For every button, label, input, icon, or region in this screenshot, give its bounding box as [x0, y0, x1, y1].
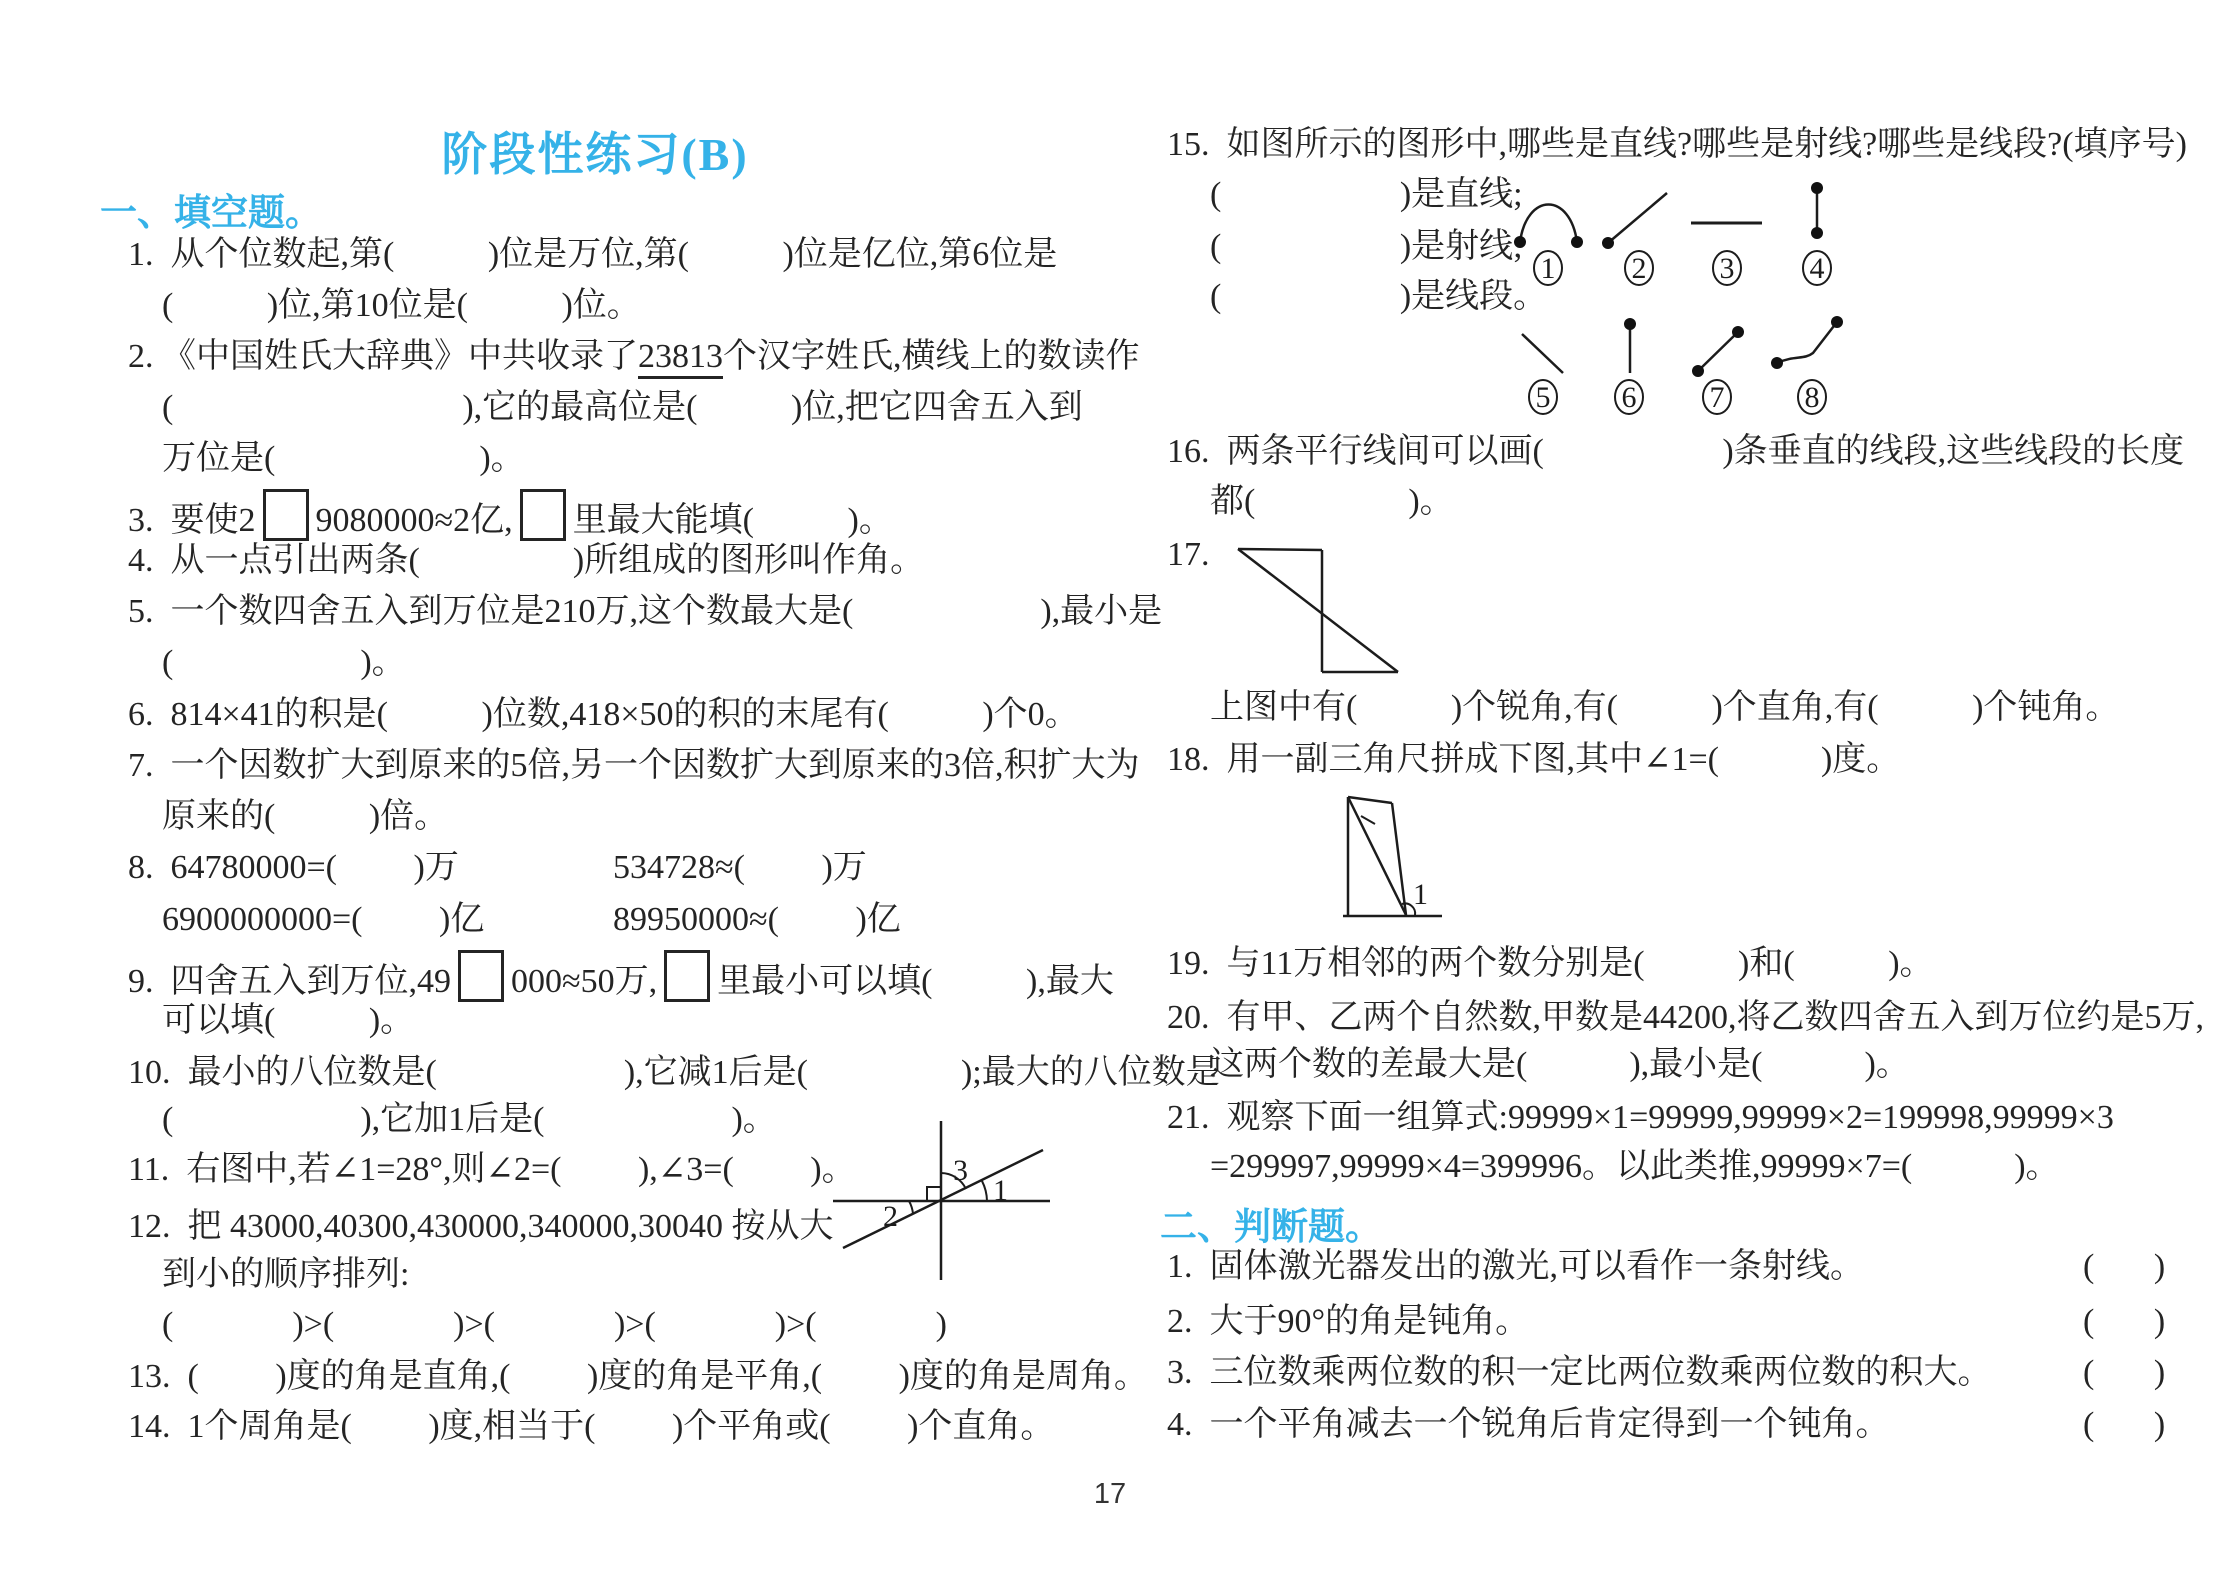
fill-q15-line1: 15. 如图所示的图形中,哪些是直线?哪些是射线?哪些是线段?(填序号): [1167, 123, 2187, 167]
judge-q3-text: 3. 三位数乘两位数的积一定比两位数乘两位数的积大。: [1167, 1351, 1992, 1395]
angle-1-label: 1: [1413, 878, 1428, 911]
figure-q15-row1: 1 2 3 4: [1505, 180, 1935, 295]
q2-text-post: 个汉字姓氏,横线上的数读作: [723, 338, 1140, 375]
fill-q14-line1: 14. 1个周角是( )度,相当于( )个平角或( )个直角。: [128, 1405, 1054, 1449]
fill-q12-line1: 12. 把 43000,40300,430000,340000,30040 按从…: [128, 1205, 834, 1249]
judge-q4-text: 4. 一个平角减去一个锐角后肯定得到一个钝角。: [1167, 1403, 1890, 1447]
fill-q2-line2: ( ),它的最高位是( )位,把它四舍五入到: [162, 386, 1083, 430]
angle-1-arc: [982, 1181, 987, 1201]
overlap-tick: [1361, 816, 1375, 824]
fill-q9-line2: 可以填( )。: [162, 999, 414, 1043]
fill-q19-line1: 19. 与11万相邻的两个数分别是( )和( )。: [1167, 942, 1934, 986]
endpoint-dot: [1811, 227, 1823, 239]
angle-3-label: 3: [953, 1154, 968, 1187]
q9-blank-box-2: [664, 950, 710, 1002]
top-edge: [1348, 797, 1392, 803]
fill-q2-line1: 2. 《中国姓氏大辞典》中共收录了23813个汉字姓氏,横线上的数读作: [128, 335, 1140, 379]
fill-q1-line2: ( )位,第10位是( )位。: [162, 284, 641, 328]
fill-q4-line1: 4. 从一点引出两条( )所组成的图形叫作角。: [128, 539, 924, 583]
judge-q4-answer-paren: ( ): [2083, 1403, 2165, 1447]
endpoint-dot: [1602, 237, 1614, 249]
fill-q15-line2: ( )是直线;: [1210, 173, 1523, 217]
fill-q2-line3: 万位是( )。: [162, 437, 525, 481]
endpoint-dot: [1831, 316, 1843, 328]
fill-q11-line1: 11. 右图中,若∠1=28°,则∠2=( ),∠3=( )。: [128, 1148, 856, 1192]
page-title: 阶段性练习(B): [100, 118, 1090, 184]
diagonal-line: [843, 1150, 1043, 1248]
q9-text-mid: 000≈50万,: [511, 963, 657, 1000]
fill-q16-line2: 都( )。: [1210, 480, 1454, 524]
figure-number-2: 2: [1632, 252, 1647, 285]
ray-shape-2: [1608, 193, 1667, 243]
figure-number-4: 4: [1810, 252, 1825, 285]
fill-q17-caption: 上图中有( )个锐角,有( )个直角,有( )个钝角。: [1210, 686, 2119, 730]
hypotenuse: [1348, 797, 1406, 915]
q2-text-pre: 2. 《中国姓氏大辞典》中共收录了: [128, 338, 638, 375]
fill-q15-line4: ( )是线段。: [1210, 275, 1547, 319]
fill-q7-line1: 7. 一个因数扩大到原来的5倍,另一个因数扩大到原来的3倍,积扩大为: [128, 744, 1140, 788]
fill-q12-line2: 到小的顺序排列:: [162, 1253, 409, 1297]
fill-q8-line1-right: 534728≈( )万: [613, 846, 867, 890]
curve-shape-1: [1520, 205, 1577, 243]
fill-q9-line1: 9. 四舍五入到万位,49000≈50万,里最小可以填( ),最大: [128, 950, 1114, 1004]
fill-q8-line1-left: 8. 64780000=( )万: [128, 846, 459, 890]
judge-q2-answer-paren: ( ): [2083, 1300, 2165, 1344]
figure-number-6: 6: [1622, 381, 1637, 414]
judge-q1-text: 1. 固体激光器发出的激光,可以看作一条射线。: [1167, 1245, 1864, 1289]
fill-q12-line3: ( )>( )>( )>( )>( ): [162, 1303, 947, 1347]
diagonal-edge: [1238, 549, 1398, 672]
endpoint-dot: [1624, 318, 1636, 330]
endpoint-dot: [1571, 236, 1583, 248]
fill-q1-line1: 1. 从个位数起,第( )位是万位,第( )位是亿位,第6位是: [128, 233, 1057, 277]
top-edge: [1238, 549, 1322, 550]
fill-q8-line2-right: 89950000≈( )亿: [613, 898, 901, 942]
judge-q3-answer-paren: ( ): [2083, 1351, 2165, 1395]
page-number: 17: [1060, 1478, 1160, 1511]
section-1-heading: 一、填空题。: [100, 182, 322, 236]
q3-blank-box-2: [520, 489, 566, 541]
angle-2-arc: [909, 1201, 913, 1214]
fill-q13-line1: 13. ( )度的角是直角,( )度的角是平角,( )度的角是周角。: [128, 1355, 1148, 1399]
fill-q10-line1: 10. 最小的八位数是( ),它减1后是( );最大的八位数是: [128, 1051, 1220, 1095]
fill-q21-line2: =299997,99999×4=399996。以此类推,99999×7=( )。: [1210, 1145, 2060, 1189]
q3-text-pre: 3. 要使2: [128, 502, 256, 539]
endpoint-dot: [1811, 182, 1823, 194]
figure-q11-angle-cross: 3 1 2: [815, 1108, 1115, 1298]
line-shape-5: [1522, 334, 1563, 373]
endpoint-dot: [1771, 357, 1783, 369]
angle-2-label: 2: [883, 1200, 898, 1233]
fill-q5-line2: ( )。: [162, 641, 406, 685]
fill-q8-line2-left: 6900000000=( )亿: [162, 898, 484, 942]
fill-q17-number: 17.: [1167, 533, 1210, 577]
q2-underlined-number: 23813: [638, 338, 723, 379]
fill-q7-line2: 原来的( )倍。: [162, 795, 448, 839]
q9-text-pre: 9. 四舍五入到万位,49: [128, 963, 451, 1000]
endpoint-dot: [1514, 236, 1526, 248]
section-2-heading: 二、判断题。: [1160, 1196, 1382, 1250]
figure-number-7: 7: [1710, 381, 1725, 414]
q3-text-mid: 9080000≈2亿,: [316, 502, 513, 539]
fill-q20-line1: 20. 有甲、乙两个自然数,甲数是44200,将乙数四舍五入到万位约是5万,: [1167, 996, 2204, 1040]
fill-q21-line1: 21. 观察下面一组算式:99999×1=99999,99999×2=19999…: [1167, 1096, 2114, 1140]
angle-1-label: 1: [993, 1174, 1008, 1207]
q9-blank-box-1: [458, 950, 504, 1002]
segment-shape-7: [1698, 332, 1738, 371]
figure-q18-set-squares: 1: [1325, 788, 1475, 928]
figure-q15-row2: 5 6 7 8: [1505, 315, 1935, 420]
fill-q5-line1: 5. 一个数四舍五入到万位是210万,这个数最大是( ),最小是: [128, 590, 1162, 634]
endpoint-dot: [1692, 365, 1704, 377]
endpoint-dot: [1732, 326, 1744, 338]
figure-q17-zshape: [1225, 538, 1415, 683]
q3-blank-box-1: [263, 489, 309, 541]
fill-q10-line2: ( ),它加1后是( )。: [162, 1098, 777, 1142]
judge-q1-answer-paren: ( ): [2083, 1245, 2165, 1289]
figure-number-3: 3: [1720, 252, 1735, 285]
curve-shape-8: [1777, 322, 1837, 363]
q3-text-post: 里最大能填( )。: [573, 502, 893, 539]
fill-q15-line3: ( )是射线;: [1210, 225, 1523, 269]
fill-q6-line1: 6. 814×41的积是( )位数,418×50的积的末尾有( )个0。: [128, 693, 1079, 737]
figure-number-1: 1: [1541, 252, 1556, 285]
fill-q20-line2: 这两个数的差最大是( ),最小是( )。: [1210, 1043, 1910, 1087]
worksheet-page: 阶段性练习(B) 一、填空题。 1. 从个位数起,第( )位是万位,第( )位是…: [0, 0, 2220, 1571]
judge-q2-text: 2. 大于90°的角是钝角。: [1167, 1300, 1529, 1344]
figure-number-5: 5: [1536, 381, 1551, 414]
fill-q16-line1: 16. 两条平行线间可以画( )条垂直的线段,这些线段的长度: [1167, 430, 2184, 474]
fill-q18-line1: 18. 用一副三角尺拼成下图,其中∠1=( )度。: [1167, 738, 1900, 782]
q9-text-post: 里最小可以填( ),最大: [717, 963, 1114, 1000]
right-angle-mark: [927, 1187, 941, 1201]
fill-q3-line1: 3. 要使29080000≈2亿,里最大能填( )。: [128, 489, 893, 543]
figure-number-8: 8: [1805, 381, 1820, 414]
